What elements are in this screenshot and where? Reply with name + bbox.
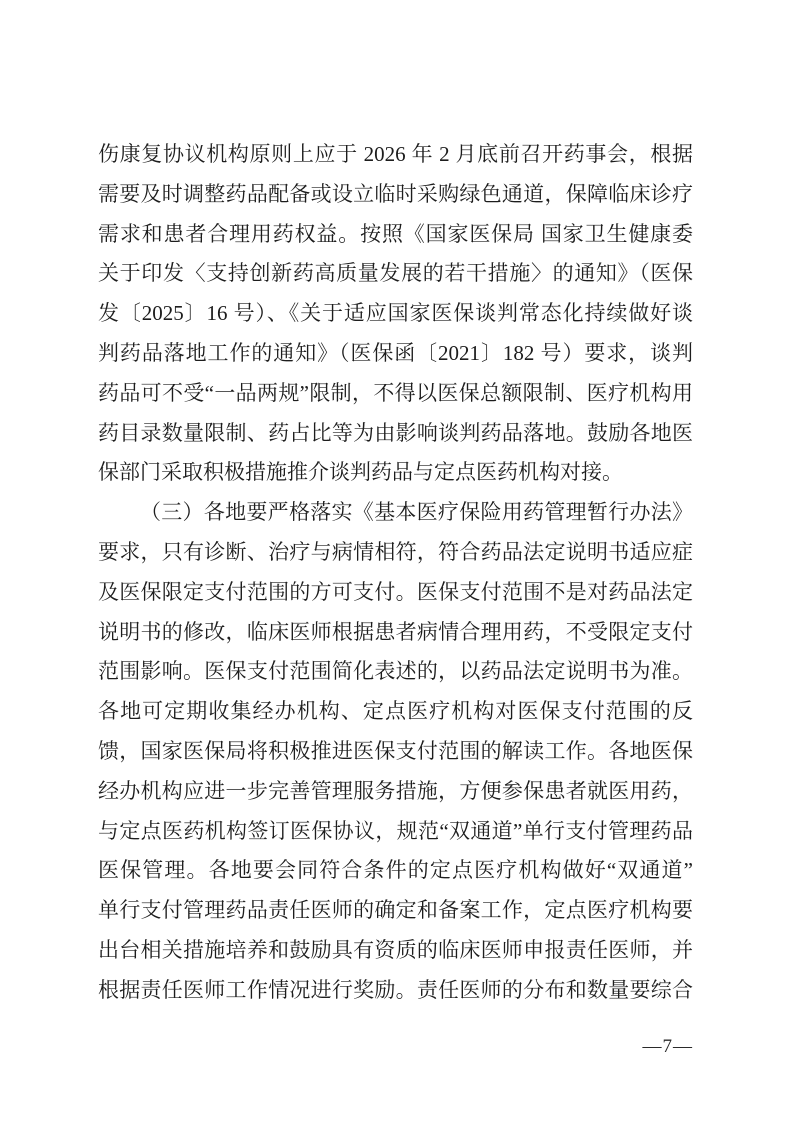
text-line: 各地可定期收集经办机构、定点医疗机构对医保支付范围的反 <box>98 692 693 732</box>
text-line: 医保管理。各地要会同符合条件的定点医疗机构做好“双通道” <box>98 851 693 891</box>
text-line: 药品可不受“一品两规”限制，不得以医保总额限制、医疗机构用 <box>98 374 693 414</box>
text-line: 关于印发〈支持创新药高质量发展的若干措施〉的通知》（医保 <box>98 254 693 294</box>
text-line: 馈，国家医保局将积极推进医保支付范围的解读工作。各地医保 <box>98 732 693 772</box>
text-line: 伤康复协议机构原则上应于 2026 年 2 月底前召开药事会，根据 <box>98 135 693 175</box>
text-line: 出台相关措施培养和鼓励具有资质的临床医师申报责任医师，并 <box>98 931 693 971</box>
text-line: 需要及时调整药品配备或设立临时采购绿色通道，保障临床诊疗 <box>98 175 693 215</box>
text-line: 判药品落地工作的通知》（医保函〔2021〕182 号）要求，谈判 <box>98 334 693 374</box>
document-body-text: 伤康复协议机构原则上应于 2026 年 2 月底前召开药事会，根据 需要及时调整… <box>98 135 693 1011</box>
text-line: 说明书的修改，临床医师根据患者病情合理用药，不受限定支付 <box>98 613 693 653</box>
text-line: 药目录数量限制、药占比等为由影响谈判药品落地。鼓励各地医 <box>98 414 693 454</box>
text-line: 单行支付管理药品责任医师的确定和备案工作，定点医疗机构要 <box>98 891 693 931</box>
page-number: —7— <box>98 1033 693 1061</box>
text-line: 发〔2025〕16 号）、《关于适应国家医保谈判常态化持续做好谈 <box>98 294 693 334</box>
document-page: 伤康复协议机构原则上应于 2026 年 2 月底前召开药事会，根据 需要及时调整… <box>0 0 793 1122</box>
text-line: 根据责任医师工作情况进行奖励。责任医师的分布和数量要综合 <box>98 971 693 1011</box>
text-line-paragraph-end: 保部门采取积极措施推介谈判药品与定点医药机构对接。 <box>98 453 693 493</box>
text-line: 要求，只有诊断、治疗与病情相符，符合药品法定说明书适应症 <box>98 533 693 573</box>
text-line: 及医保限定支付范围的方可支付。医保支付范围不是对药品法定 <box>98 573 693 613</box>
text-line-section-3-start: （三）各地要严格落实《基本医疗保险用药管理暂行办法》 <box>98 493 693 533</box>
text-line: 经办机构应进一步完善管理服务措施，方便参保患者就医用药， <box>98 772 693 812</box>
text-line: 范围影响。医保支付范围简化表述的，以药品法定说明书为准。 <box>98 652 693 692</box>
text-line: 需求和患者合理用药权益。按照《国家医保局 国家卫生健康委 <box>98 215 693 255</box>
text-line: 与定点医药机构签订医保协议，规范“双通道”单行支付管理药品 <box>98 812 693 852</box>
